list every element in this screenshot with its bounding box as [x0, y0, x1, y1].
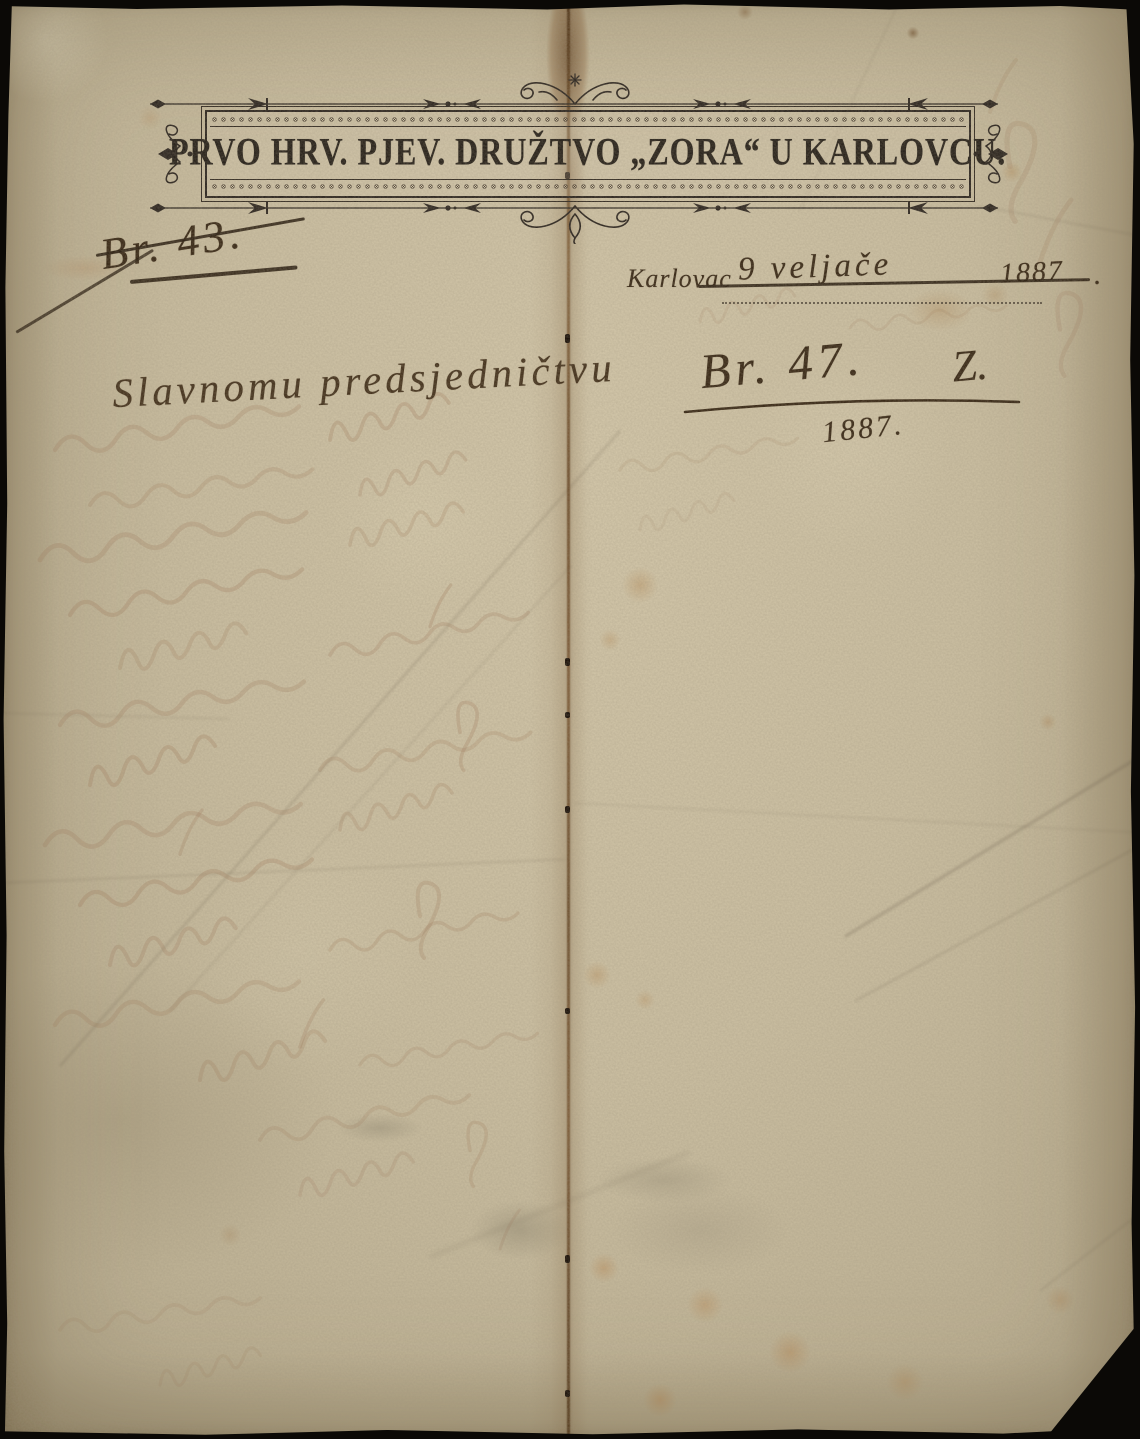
dateline-period: .	[1094, 258, 1102, 292]
banner-flourish-left	[150, 118, 200, 190]
protocol-series: Z.	[950, 339, 990, 393]
banner-crest-bottom	[495, 200, 655, 244]
handwritten-year: 1887	[999, 255, 1065, 290]
banner-flourish-right	[966, 118, 1016, 190]
dotted-fill-line	[722, 302, 1042, 304]
place-label: Karlovac	[627, 264, 732, 294]
scanned-letter-page: PRVO HRV. PJEV. DRUŽTVO „ZORA“ U KARLOVC…	[0, 0, 1140, 1439]
banner-crest-top	[495, 70, 655, 108]
